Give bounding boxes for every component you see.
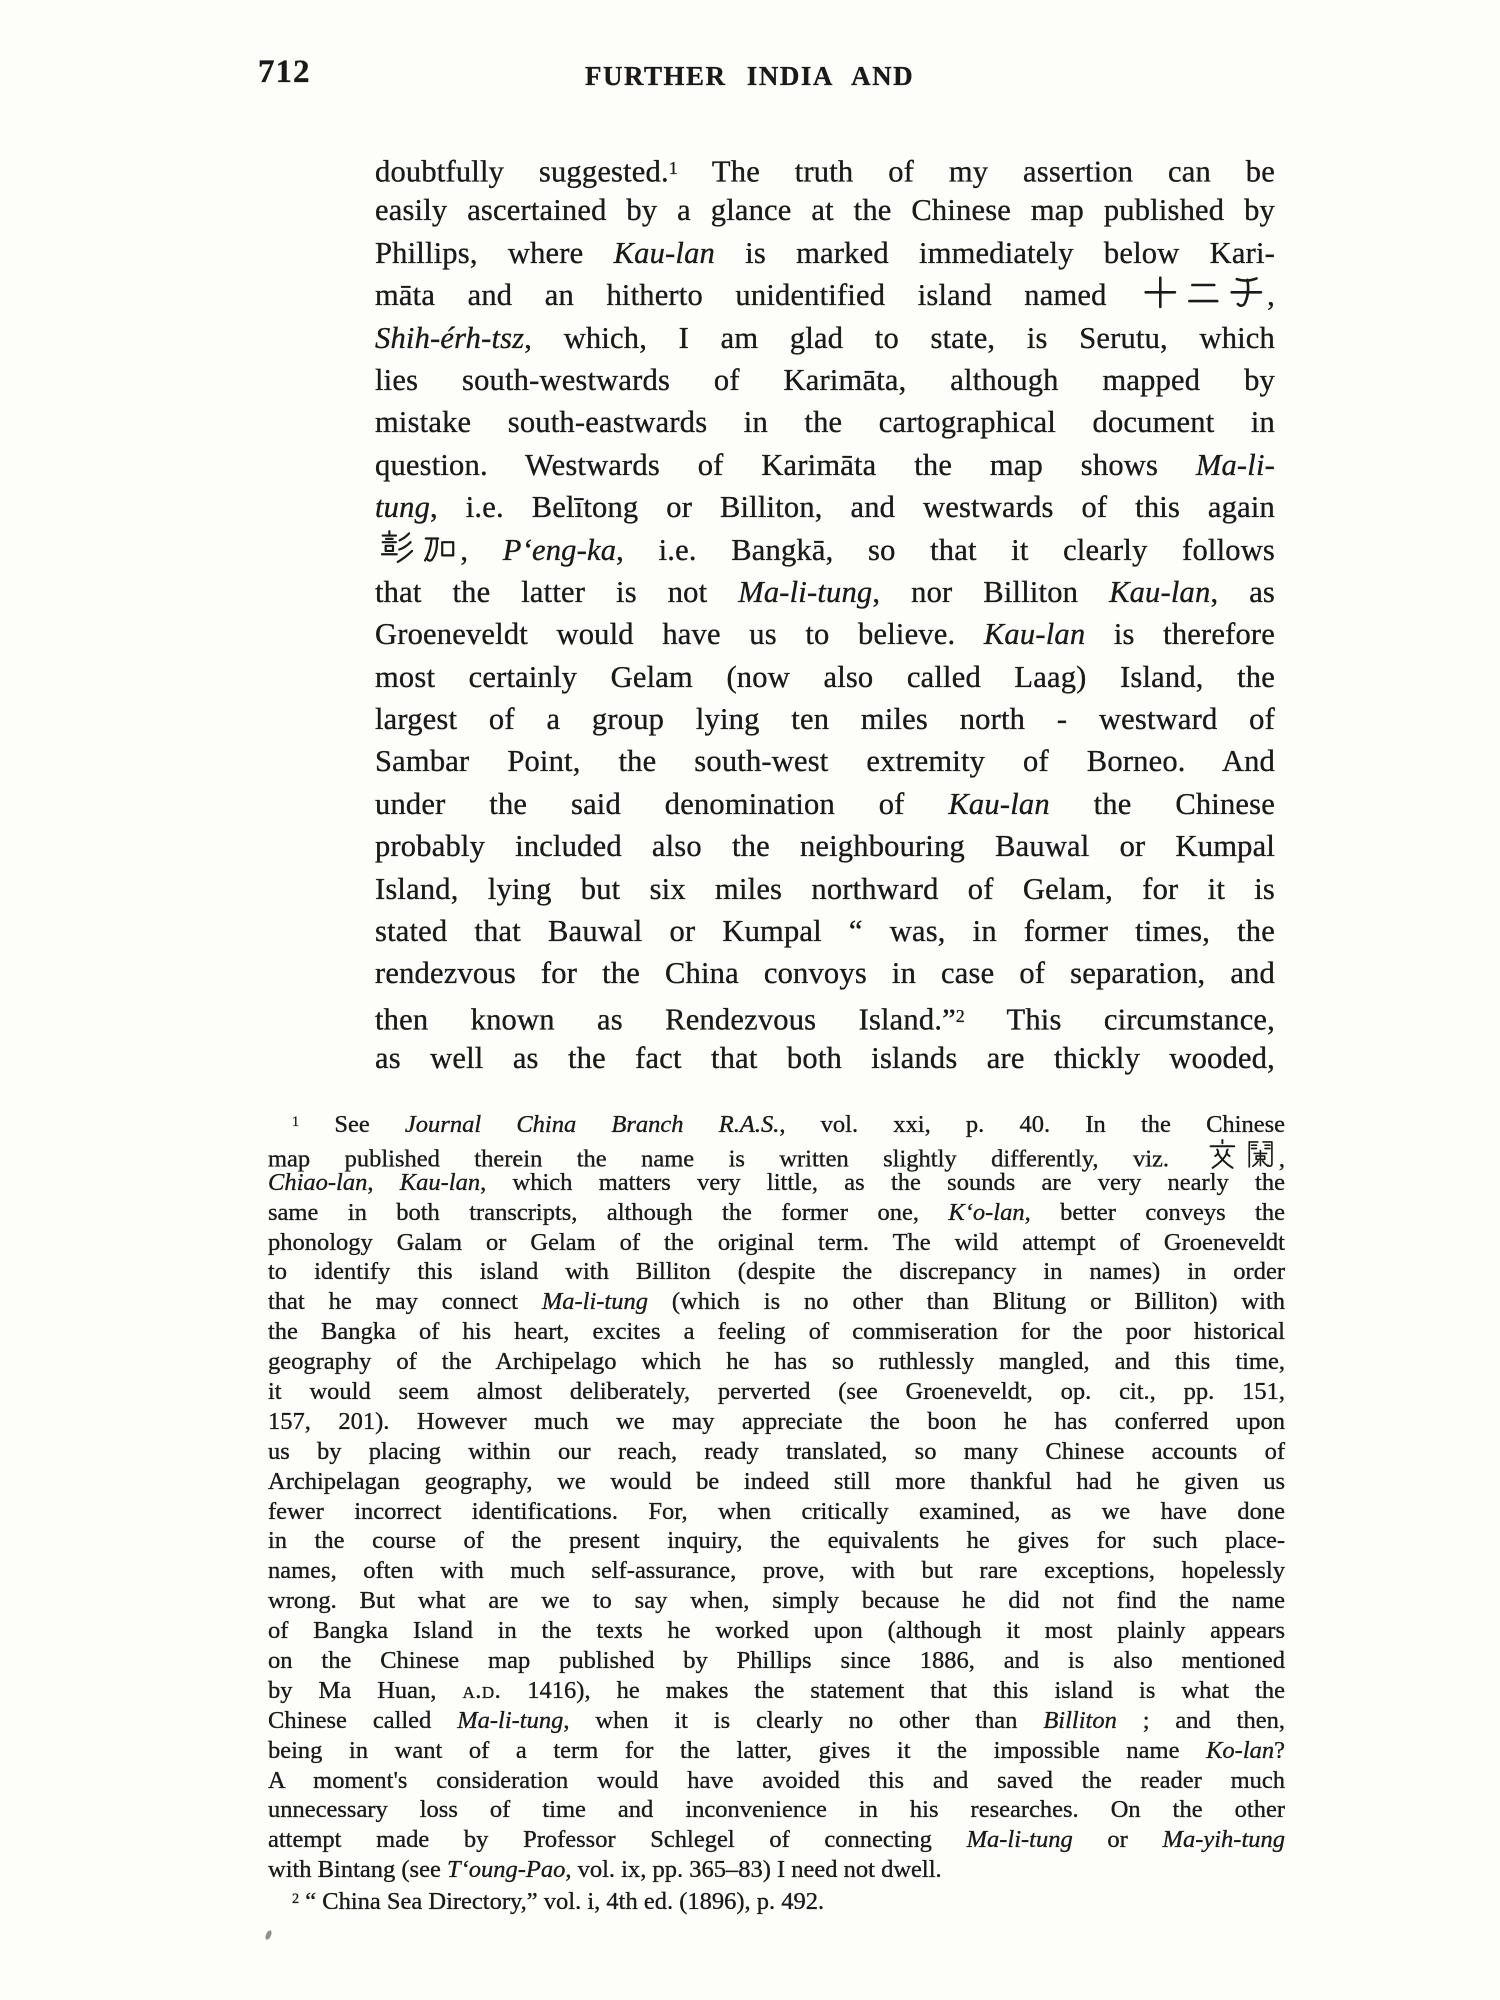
text-line: then known as Rendezvous Island.”2 This …: [375, 995, 1275, 1037]
text-line: by Ma Huan, a.d. 1416), he makes the sta…: [268, 1676, 1285, 1706]
text-line: to identify this island with Billiton (d…: [268, 1257, 1285, 1287]
cjk-glyph: [421, 529, 458, 566]
text-line: geography of the Archipelago which he ha…: [268, 1347, 1285, 1377]
cjk-glyph: [1206, 1138, 1239, 1171]
text-line: that the latter is not Ma-li-tung, nor B…: [375, 571, 1275, 613]
text-line: it would seem almost deliberately, perve…: [268, 1377, 1285, 1407]
cjk-glyph: [1244, 1138, 1277, 1171]
cjk-glyph: [1228, 274, 1265, 311]
text-line: the Bangka of his heart, excites a feeli…: [268, 1317, 1285, 1347]
text-line: most certainly Gelam (now also called La…: [375, 656, 1275, 698]
text-line: in the course of the present inquiry, th…: [268, 1526, 1285, 1556]
text-line: unnecessary loss of time and inconvenien…: [268, 1795, 1285, 1825]
text-line: lies south-westwards of Karimāta, althou…: [375, 359, 1275, 401]
text-line: same in both transcripts, although the f…: [268, 1198, 1285, 1228]
text-line: mistake south-eastwards in the cartograp…: [375, 401, 1275, 443]
text-line: doubtfully suggested.1 The truth of my a…: [375, 147, 1275, 189]
text-line: A moment's consideration would have avoi…: [268, 1766, 1285, 1796]
text-line: Chiao-lan, Kau-lan, which matters very l…: [268, 1168, 1285, 1198]
text-line: rendezvous for the China convoys in case…: [375, 952, 1275, 994]
text-line: wrong. But what are we to say when, simp…: [268, 1586, 1285, 1616]
text-line: names, often with much self-assurance, p…: [268, 1556, 1285, 1586]
body-text: doubtfully suggested.1 The truth of my a…: [375, 147, 1275, 1080]
cjk-glyph: [1142, 274, 1179, 311]
text-line: stated that Bauwal or Kumpal “ was, in f…: [375, 910, 1275, 952]
text-line: with Bintang (see T‘oung-Pao, vol. ix, p…: [268, 1855, 1285, 1885]
ink-speck: [265, 1929, 273, 1940]
text-line: question. Westwards of Karimāta the map …: [375, 444, 1275, 486]
text-line: 157, 201). However much we may appreciat…: [268, 1407, 1285, 1437]
text-line: Phillips, where Kau-lan is marked immedi…: [375, 232, 1275, 274]
text-line: largest of a group lying ten miles north…: [375, 698, 1275, 740]
text-line: Archipelagan geography, we would be inde…: [268, 1467, 1285, 1497]
footnote-marker: 2: [956, 1006, 965, 1026]
text-line: easily ascertained by a glance at the Ch…: [375, 189, 1275, 231]
cjk-glyph: [1185, 274, 1222, 311]
text-line: , P‘eng-ka, i.e. Bangkā, so that it clea…: [375, 529, 1275, 571]
text-line: Groeneveldt would have us to believe. Ka…: [375, 613, 1275, 655]
text-line: fewer incorrect identifications. For, wh…: [268, 1497, 1285, 1527]
text-line: phonology Galam or Gelam of the original…: [268, 1228, 1285, 1258]
text-line: Chinese called Ma-li-tung, when it is cl…: [268, 1706, 1285, 1736]
cjk-text: [375, 533, 460, 567]
text-line: attempt made by Professor Schlegel of co…: [268, 1825, 1285, 1855]
text-line: tung, i.e. Belītong or Billiton, and wes…: [375, 486, 1275, 528]
text-line: us by placing within our reach, ready tr…: [268, 1437, 1285, 1467]
footnote-section: 1 See Journal China Branch R.A.S., vol. …: [268, 1108, 1285, 1915]
text-line: probably included also the neighbouring …: [375, 825, 1275, 867]
text-line: Island, lying but six miles northward of…: [375, 868, 1275, 910]
text-line: on the Chinese map published by Phillips…: [268, 1646, 1285, 1676]
text-line: that he may connect Ma-li-tung (which is…: [268, 1287, 1285, 1317]
text-line: of Bangka Island in the texts he worked …: [268, 1616, 1285, 1646]
page: 712 FURTHER INDIA AND doubtfully suggest…: [0, 0, 1500, 2000]
text-line: Shih-érh-tsz, which, I am glad to state,…: [375, 317, 1275, 359]
cjk-text: [1139, 278, 1267, 312]
text-line: Sambar Point, the south-west extremity o…: [375, 740, 1275, 782]
cjk-glyph: [378, 529, 415, 566]
text-line: map published therein the name is writte…: [268, 1138, 1285, 1168]
page-header: 712 FURTHER INDIA AND: [0, 0, 1500, 110]
text-line: as well as the fact that both islands ar…: [375, 1037, 1275, 1079]
text-line: under the said denomination of Kau-lan t…: [375, 783, 1275, 825]
text-line: being in want of a term for the latter, …: [268, 1736, 1285, 1766]
footnote-marker: 1: [669, 158, 678, 178]
page-number: 712: [258, 54, 311, 91]
text-line: 1 See Journal China Branch R.A.S., vol. …: [268, 1108, 1285, 1138]
running-title: FURTHER INDIA AND: [585, 61, 914, 92]
text-line: 2 “ China Sea Directory,” vol. i, 4th ed…: [268, 1885, 1285, 1915]
text-line: māta and an hitherto unidentified island…: [375, 274, 1275, 316]
